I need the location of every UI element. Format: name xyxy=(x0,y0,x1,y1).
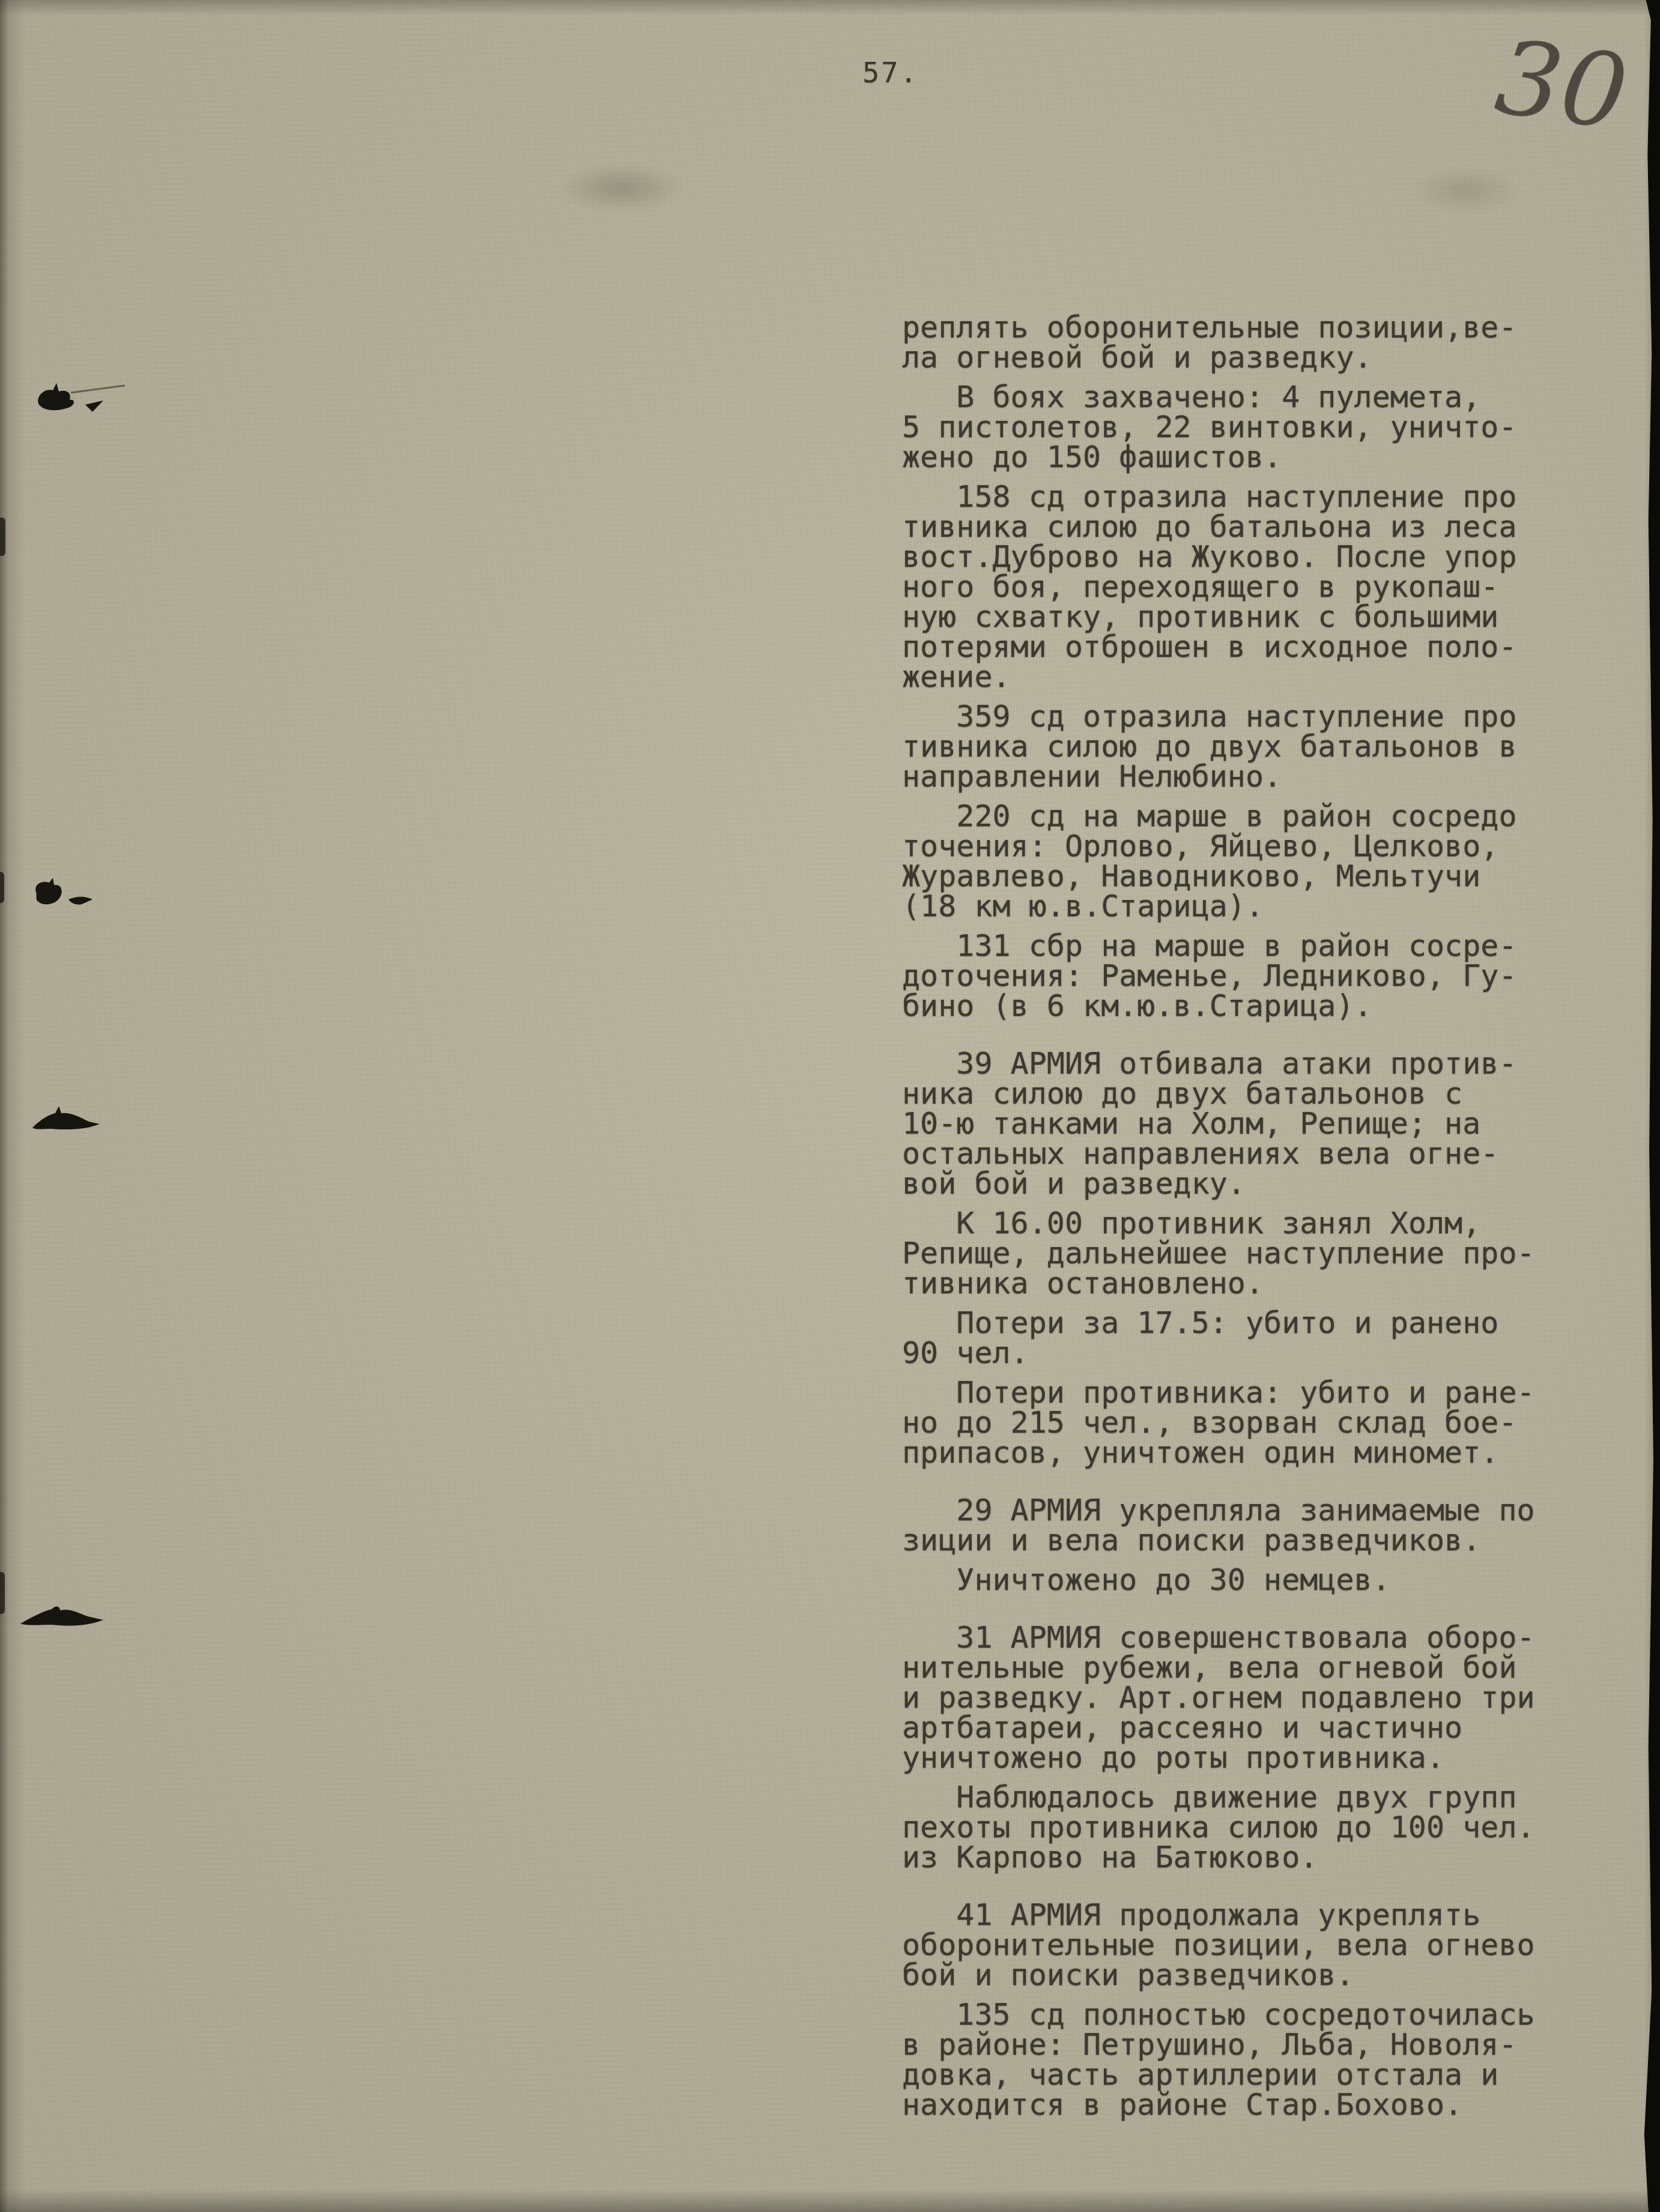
paragraph-2: В боях захвачено: 4 пулемета, 5 пистолет… xyxy=(902,382,1602,472)
ink-blot-3 xyxy=(30,1104,108,1137)
paragraph-4: 359 сд отразила наступление про тивника … xyxy=(902,701,1602,791)
paragraph-1: реплять оборонительные позиции,ве- ла ог… xyxy=(902,312,1602,372)
typed-page-number: 57. xyxy=(862,56,919,89)
paragraph-7: 39 АРМИЯ отбивала атаки против- ника сил… xyxy=(902,1048,1602,1198)
paragraph-3: 158 сд отразила наступление про тивника … xyxy=(902,482,1602,692)
paragraph-5: 220 сд на марше в район сосредо точения:… xyxy=(902,801,1602,921)
ink-blot-4 xyxy=(18,1603,108,1633)
paragraph-12: Уничтожено до 30 немцев. xyxy=(902,1565,1602,1595)
paragraph-9: Потери за 17.5: убито и ранено 90 чел. xyxy=(902,1308,1602,1368)
page-edge-nick-2 xyxy=(0,872,4,903)
paragraph-6: 131 сбр на марше в район сосре- доточени… xyxy=(902,931,1602,1021)
ink-blot-2 xyxy=(29,877,107,913)
paragraph-13: 31 АРМИЯ совершенствовала оборо- нительн… xyxy=(902,1622,1602,1772)
page-edge-nick-3 xyxy=(0,1572,5,1614)
smudge-mark-2 xyxy=(1411,167,1519,214)
ink-blot-1 xyxy=(35,381,137,423)
document-page: 57. 30 реплять оборонительные позиции,ве… xyxy=(0,0,1660,2212)
paragraph-10: Потери противника: убито и ране- но до 2… xyxy=(902,1377,1602,1467)
page-edge-nick-1 xyxy=(0,518,5,556)
smudge-mark-1 xyxy=(559,163,685,213)
paragraph-14: Наблюдалось движение двух групп пехоты п… xyxy=(902,1782,1602,1872)
paragraph-16: 135 сд полностью сосредоточилась в район… xyxy=(902,1999,1602,2120)
document-text: реплять оборонительные позиции,ве- ла ог… xyxy=(902,312,1602,2129)
paragraph-11: 29 АРМИЯ укрепляла занимаемые по зиции и… xyxy=(902,1495,1602,1555)
paragraph-15: 41 АРМИЯ продолжала укреплять оборонител… xyxy=(902,1900,1602,1990)
paragraph-8: К 16.00 противник занял Холм, Репище, да… xyxy=(902,1208,1602,1298)
handwritten-page-number: 30 xyxy=(1490,26,1633,145)
